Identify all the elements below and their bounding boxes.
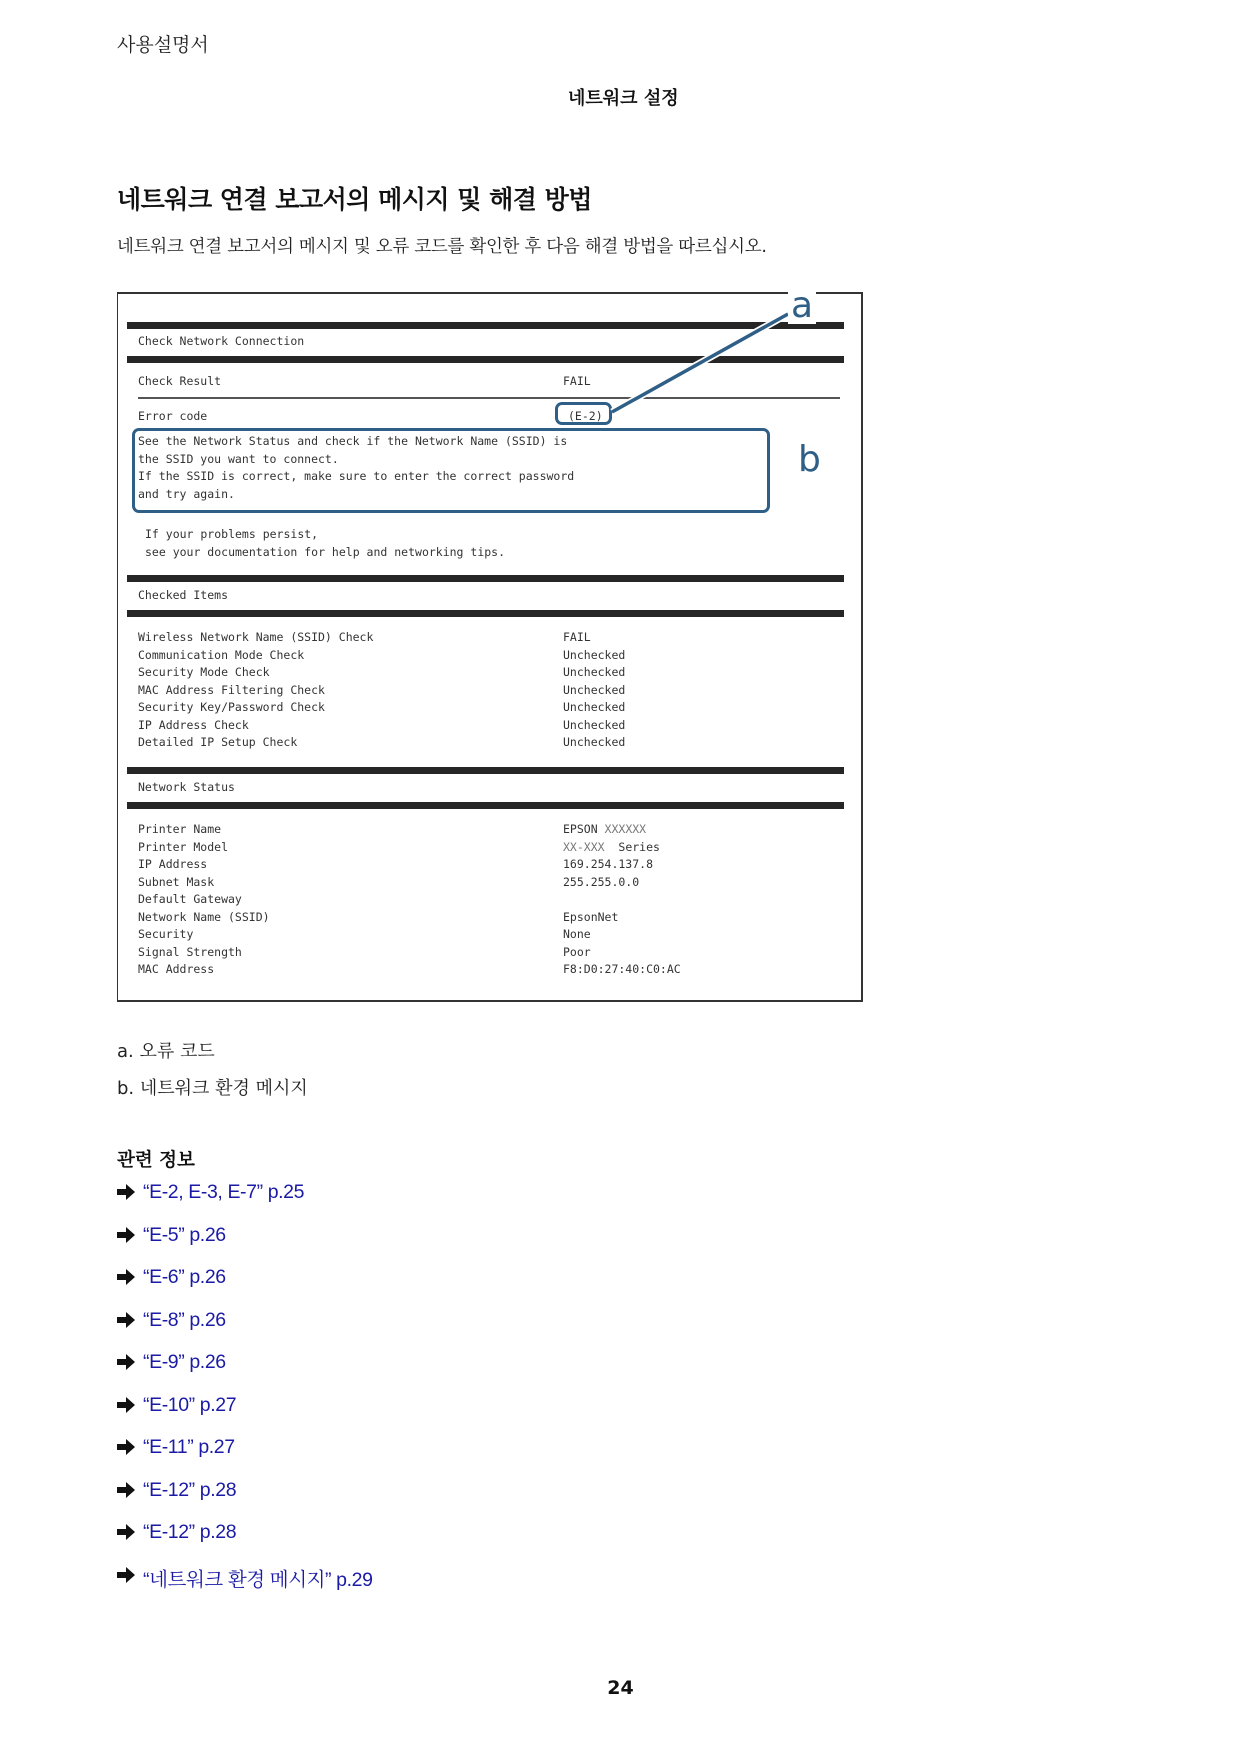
related-link[interactable]: “E-2, E-3, E-7” p.25 <box>143 1181 304 1204</box>
check-result-value: FAIL <box>563 374 591 388</box>
right-arrow-icon <box>117 1482 135 1498</box>
section-header: 네트워크 설정 <box>568 84 679 110</box>
related-link[interactable]: “E-9” p.26 <box>143 1351 226 1374</box>
document-label: 사용설명서 <box>117 30 209 57</box>
network-status-label: Printer Model <box>138 840 228 854</box>
related-link-item[interactable]: “E-6” p.26 <box>117 1266 373 1309</box>
related-link-item[interactable]: “E-10” p.27 <box>117 1394 373 1437</box>
check-result-label: Check Result <box>138 374 221 388</box>
right-arrow-icon <box>117 1312 135 1328</box>
related-link[interactable]: “E-12” p.28 <box>143 1479 236 1502</box>
report-title: Check Network Connection <box>138 334 304 348</box>
report-divider <box>127 322 844 329</box>
checked-item-value: Unchecked <box>563 735 625 749</box>
network-status-label: MAC Address <box>138 962 214 976</box>
legend-item-a: a. 오류 코드 <box>117 1037 215 1063</box>
report-divider <box>127 802 844 809</box>
page-title: 네트워크 연결 보고서의 메시지 및 해결 방법 <box>117 180 592 216</box>
network-status-label: Subnet Mask <box>138 875 214 889</box>
message-line: If the SSID is correct, make sure to ent… <box>138 469 574 483</box>
callout-b-label: b <box>798 442 821 478</box>
related-link-item[interactable]: “E-8” p.26 <box>117 1309 373 1352</box>
report-divider <box>127 575 844 582</box>
related-info-title: 관련 정보 <box>117 1146 195 1172</box>
network-status-label: IP Address <box>138 857 207 871</box>
network-status-value: Poor <box>563 945 591 959</box>
right-arrow-icon <box>117 1524 135 1540</box>
page-number: 24 <box>0 1677 1241 1699</box>
network-status-value: F8:D0:27:40:C0:AC <box>563 962 681 976</box>
report-divider <box>127 767 844 774</box>
related-link[interactable]: “E-5” p.26 <box>143 1224 226 1247</box>
error-code-label: Error code <box>138 409 207 423</box>
report-divider <box>127 356 844 363</box>
related-link[interactable]: “E-6” p.26 <box>143 1266 226 1289</box>
related-link-item[interactable]: “네트워크 환경 메시지” p.29 <box>117 1564 373 1607</box>
network-status-value: 169.254.137.8 <box>563 857 653 871</box>
right-arrow-icon <box>117 1439 135 1455</box>
checked-item-label: Detailed IP Setup Check <box>138 735 297 749</box>
network-status-label: Default Gateway <box>138 892 242 906</box>
related-link-item[interactable]: “E-2, E-3, E-7” p.25 <box>117 1181 373 1224</box>
right-arrow-icon <box>117 1567 135 1583</box>
checked-item-label: Wireless Network Name (SSID) Check <box>138 630 373 644</box>
report-rule <box>138 397 840 399</box>
message-line: See the Network Status and check if the … <box>138 434 567 448</box>
message-line: and try again. <box>138 487 235 501</box>
help-line: If your problems persist, <box>145 527 318 541</box>
report-divider <box>127 610 844 617</box>
network-status-title: Network Status <box>138 780 235 794</box>
related-link-item[interactable]: “E-9” p.26 <box>117 1351 373 1394</box>
network-status-value: EpsonNet <box>563 910 618 924</box>
network-status-value: 255.255.0.0 <box>563 875 639 889</box>
network-status-value: EPSON XXXXXX <box>563 822 646 836</box>
related-link-item[interactable]: “E-5” p.26 <box>117 1224 373 1267</box>
checked-items-title: Checked Items <box>138 588 228 602</box>
network-report-figure: Check Network Connection Check Result FA… <box>117 292 863 1002</box>
right-arrow-icon <box>117 1227 135 1243</box>
checked-item-value: Unchecked <box>563 700 625 714</box>
network-status-label: Network Name (SSID) <box>138 910 270 924</box>
checked-item-value: Unchecked <box>563 718 625 732</box>
callout-a-label: a <box>788 288 816 324</box>
related-link[interactable]: “E-8” p.26 <box>143 1309 226 1332</box>
related-link[interactable]: “네트워크 환경 메시지” p.29 <box>143 1564 373 1592</box>
checked-item-label: Security Mode Check <box>138 665 270 679</box>
related-link-item[interactable]: “E-12” p.28 <box>117 1479 373 1522</box>
checked-item-value: FAIL <box>563 630 591 644</box>
help-line: see your documentation for help and netw… <box>145 545 505 559</box>
related-link-item[interactable]: “E-12” p.28 <box>117 1521 373 1564</box>
related-link[interactable]: “E-10” p.27 <box>143 1394 236 1417</box>
related-link-item[interactable]: “E-11” p.27 <box>117 1436 373 1479</box>
checked-item-value: Unchecked <box>563 683 625 697</box>
network-status-label: Security <box>138 927 193 941</box>
intro-text: 네트워크 연결 보고서의 메시지 및 오류 코드를 확인한 후 다음 해결 방법… <box>117 233 767 258</box>
checked-item-label: Communication Mode Check <box>138 648 304 662</box>
message-line: the SSID you want to connect. <box>138 452 339 466</box>
right-arrow-icon <box>117 1269 135 1285</box>
related-links-list: “E-2, E-3, E-7” p.25“E-5” p.26“E-6” p.26… <box>117 1181 373 1606</box>
network-status-value: None <box>563 927 591 941</box>
network-status-label: Printer Name <box>138 822 221 836</box>
related-link[interactable]: “E-11” p.27 <box>143 1436 235 1459</box>
checked-item-label: MAC Address Filtering Check <box>138 683 325 697</box>
callout-a-box <box>555 402 612 425</box>
related-link[interactable]: “E-12” p.28 <box>143 1521 236 1544</box>
right-arrow-icon <box>117 1397 135 1413</box>
checked-item-value: Unchecked <box>563 648 625 662</box>
right-arrow-icon <box>117 1184 135 1200</box>
checked-item-value: Unchecked <box>563 665 625 679</box>
network-status-value: XX-XXX Series <box>563 840 660 854</box>
checked-item-label: Security Key/Password Check <box>138 700 325 714</box>
right-arrow-icon <box>117 1354 135 1370</box>
legend-item-b: b. 네트워크 환경 메시지 <box>117 1074 308 1100</box>
checked-item-label: IP Address Check <box>138 718 249 732</box>
network-status-label: Signal Strength <box>138 945 242 959</box>
